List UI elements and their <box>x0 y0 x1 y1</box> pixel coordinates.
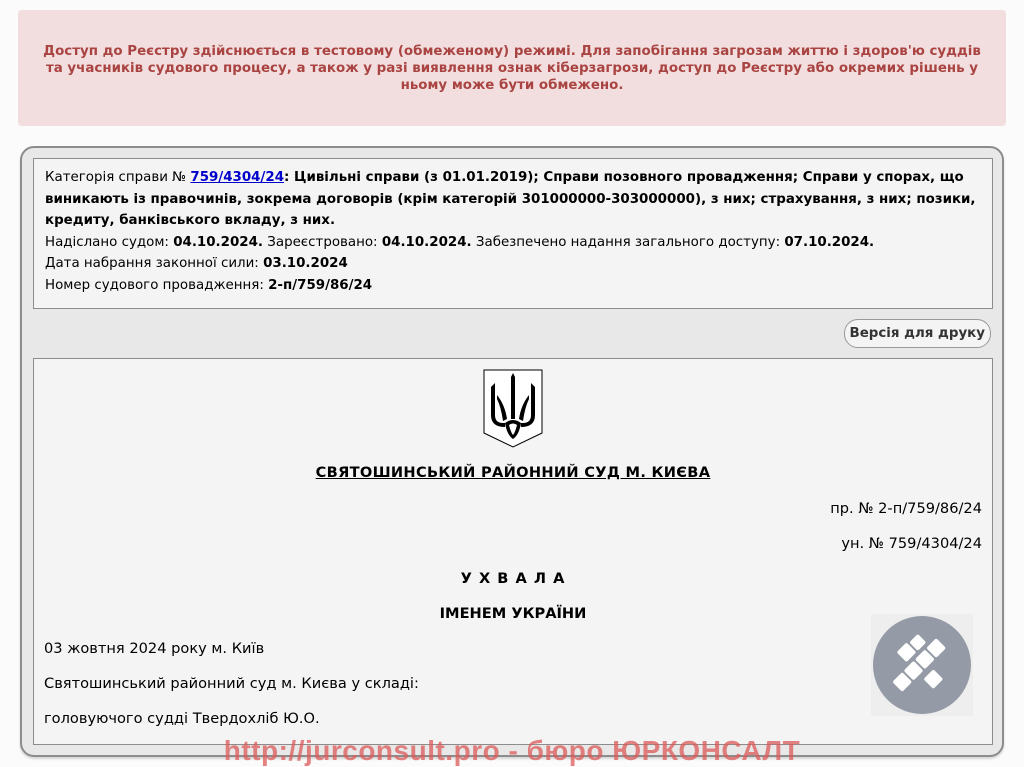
print-version-button[interactable]: Версія для друку <box>844 319 992 348</box>
proceeding-reference: пр. № 2-п/759/86/24 <box>830 500 982 517</box>
date-place: 03 жовтня 2024 року м. Київ <box>44 640 264 657</box>
ukraine-trident-emblem-icon <box>483 369 543 449</box>
court-name: СВЯТОШИНСЬКИЙ РАЙОННИЙ СУД М. КИЄВА <box>34 464 992 481</box>
unique-reference: ун. № 759/4304/24 <box>841 535 982 552</box>
document-subtitle: ІМЕНЕМ УКРАЇНИ <box>34 605 992 622</box>
proceeding-label: Номер судового провадження: <box>45 278 268 293</box>
case-info-panel: Категорія справи № 759/4304/24: Цивільні… <box>33 158 993 309</box>
legal-force-date: 03.10.2024 <box>263 256 348 271</box>
sent-date: 04.10.2024. <box>173 235 263 250</box>
access-label: Забезпечено надання загального доступу: <box>472 235 785 250</box>
watermark-text: http://jurconsult.pro - бюро ЮРКОНСАЛТ <box>0 735 1024 767</box>
case-category: Категорія справи № 759/4304/24: Цивільні… <box>45 167 981 232</box>
access-date: 07.10.2024. <box>784 235 874 250</box>
proceeding: Номер судового провадження: 2-п/759/86/2… <box>45 275 981 297</box>
legal-force-label: Дата набрання законної сили: <box>45 256 263 271</box>
puzzle-badge-icon[interactable] <box>871 614 973 716</box>
legal-force: Дата набрання законної сили: 03.10.2024 <box>45 253 981 275</box>
presiding-judge: головуючого судді Твердохліб Ю.О. <box>44 710 320 727</box>
case-dates: Надіслано судом: 04.10.2024. Зареєстрова… <box>45 232 981 254</box>
category-label: Категорія справи № <box>45 170 190 185</box>
court-composition: Святошинський районний суд м. Києва у ск… <box>44 675 419 692</box>
registered-label: Зареєстровано: <box>263 235 382 250</box>
sent-label: Надіслано судом: <box>45 235 173 250</box>
case-container: Категорія справи № 759/4304/24: Цивільні… <box>20 146 1004 757</box>
proceeding-number: 2-п/759/86/24 <box>268 278 372 293</box>
registry-notice: Доступ до Реєстру здійснюється в тестово… <box>18 10 1006 126</box>
document-title: У Х В А Л А <box>34 570 992 587</box>
registered-date: 04.10.2024. <box>382 235 472 250</box>
case-number-link[interactable]: 759/4304/24 <box>190 170 284 185</box>
notice-text: Доступ до Реєстру здійснюється в тестово… <box>34 43 990 94</box>
decision-document: СВЯТОШИНСЬКИЙ РАЙОННИЙ СУД М. КИЄВА пр. … <box>33 358 993 745</box>
